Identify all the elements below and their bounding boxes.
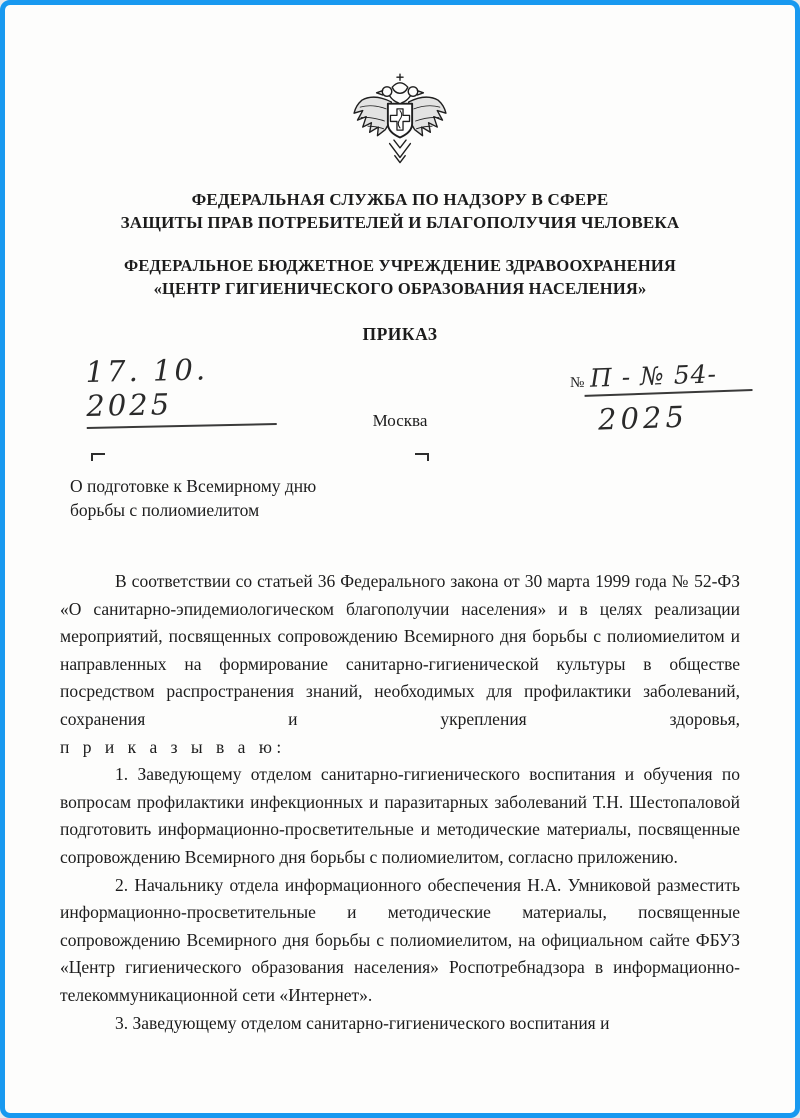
rospotrebnadzor-eagle-emblem-icon: [348, 71, 452, 171]
scanned-order-page: ФЕДЕРАЛЬНАЯ СЛУЖБА ПО НАДЗОРУ В СФЕРЕ ЗА…: [0, 0, 800, 1118]
document-number-block: № П - № 54- 2025: [570, 361, 752, 434]
corner-mark-right-icon: [415, 453, 429, 461]
org-name-line2: ЗАЩИТЫ ПРАВ ПОТРЕБИТЕЛЕЙ И БЛАГОПОЛУЧИЯ …: [60, 211, 740, 234]
address-zone-corner-marks: [60, 453, 740, 463]
org-name-line1: ФЕДЕРАЛЬНАЯ СЛУЖБА ПО НАДЗОРУ В СФЕРЕ: [60, 188, 740, 211]
order-item-2: 2. Начальнику отдела информационного обе…: [60, 872, 740, 1010]
subject-line1: О подготовке к Всемирному дню: [70, 475, 740, 499]
prikazyvayu-line: п р и к а з ы в а ю:: [60, 734, 740, 762]
corner-mark-left-icon: [91, 453, 105, 461]
institution-name: ФЕДЕРАЛЬНОЕ БЮДЖЕТНОЕ УЧРЕЖДЕНИЕ ЗДРАВОО…: [60, 254, 740, 300]
document-type-title: ПРИКАЗ: [60, 324, 740, 345]
number-sign: №: [570, 375, 584, 394]
intro-paragraph: В соответствии со статьей 36 Федеральног…: [60, 568, 740, 734]
institution-name-line1: ФЕДЕРАЛЬНОЕ БЮДЖЕТНОЕ УЧРЕЖДЕНИЕ ЗДРАВОО…: [60, 254, 740, 277]
institution-name-line2: «ЦЕНТР ГИГИЕНИЧЕСКОГО ОБРАЗОВАНИЯ НАСЕЛЕ…: [60, 277, 740, 300]
federal-service-name: ФЕДЕРАЛЬНАЯ СЛУЖБА ПО НАДЗОРУ В СФЕРЕ ЗА…: [60, 188, 740, 234]
subject-line2: борьбы с полиомиелитом: [70, 499, 740, 523]
order-item-1: 1. Заведующему отделом санитарно-гигиени…: [60, 761, 740, 871]
handwritten-number-part2: 2025: [597, 397, 752, 436]
order-subject: О подготовке к Всемирному дню борьбы с п…: [70, 475, 740, 522]
document-number-line1: № П - № 54-: [570, 361, 752, 394]
order-item-3-partial: 3. Заведующему отделом санитарно-гигиени…: [60, 1010, 740, 1038]
handwritten-number-part1: П - № 54-: [584, 358, 753, 397]
date-city-number-row: 17. 10. 2025 Москва № П - № 54- 2025: [60, 349, 740, 445]
emblem-container: [345, 71, 455, 176]
document-body: ФЕДЕРАЛЬНАЯ СЛУЖБА ПО НАДЗОРУ В СФЕРЕ ЗА…: [5, 5, 795, 1113]
order-text: В соответствии со статьей 36 Федеральног…: [60, 568, 740, 1037]
